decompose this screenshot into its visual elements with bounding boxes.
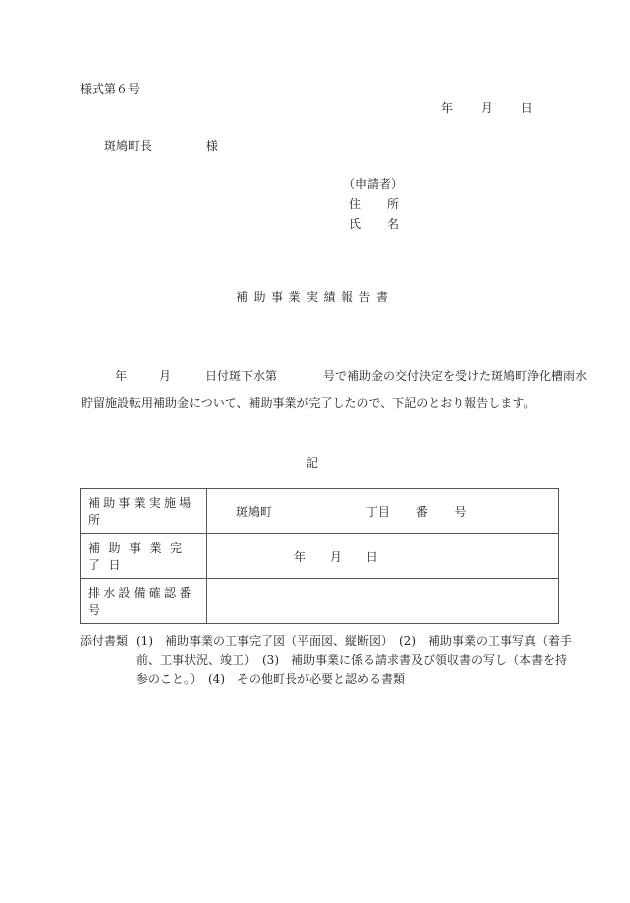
attachments-list: (1) 補助事業の工事完了図（平面図、縦断図） (2) 補助事業の工事写真（着手… — [136, 632, 576, 689]
details-table: 補助事業実施場所 斑鳩町 丁目 番 号 補助事業完了日 年 月 日 排水設備確認… — [80, 488, 559, 624]
addressee-honorific: 様 — [206, 139, 218, 153]
form-number: 様式第６号 — [80, 80, 140, 97]
location-label: 補助事業実施場所 — [81, 489, 207, 534]
attachments-line: (1) 補助事業の工事完了図（平面図、縦断図） (2) 補助事業の工事写真（着手 — [136, 632, 576, 651]
date-day-label: 日 — [521, 101, 533, 115]
attachments-heading: 添付書類 — [80, 632, 128, 651]
applicant-heading: （申請者） — [343, 174, 403, 194]
document-title: 補助事業実績報告書 — [236, 288, 394, 305]
date-year-label: 年 — [441, 101, 453, 115]
location-value[interactable]: 斑鳩町 丁目 番 号 — [207, 489, 559, 534]
body-text: 年月日付斑下水第号で補助金の交付決定を受けた斑鳩町浄化槽雨水 貯留施設転用補助金… — [81, 363, 551, 417]
drainage-confirmation-value[interactable] — [207, 579, 559, 624]
addressee: 斑鳩町長 様 — [104, 137, 218, 154]
attachments-line: 参のこと。） (4) その他町長が必要と認める書類 — [136, 670, 576, 689]
completion-date-label: 補助事業完了日 — [81, 534, 207, 579]
body-line-2: 貯留施設転用補助金について、補助事業が完了したので、下記のとおり報告します。 — [81, 390, 551, 417]
applicant-name-label: 氏名 — [349, 214, 403, 234]
body-line-1: 年月日付斑下水第号で補助金の交付決定を受けた斑鳩町浄化槽雨水 — [81, 363, 551, 390]
attachments-line: 前、工事状況、竣工） (3) 補助事業に係る請求書及び領収書の写し（本書を持 — [136, 651, 576, 670]
ki-heading: 記 — [306, 454, 318, 471]
applicant-address-label: 住所 — [349, 194, 403, 214]
addressee-name: 斑鳩町長 — [104, 139, 152, 153]
table-row: 排水設備確認番号 — [81, 579, 559, 624]
date-month-label: 月 — [481, 101, 493, 115]
completion-date-value[interactable]: 年 月 日 — [207, 534, 559, 579]
drainage-confirmation-label: 排水設備確認番号 — [81, 579, 207, 624]
applicant-block: （申請者） 住所 氏名 — [349, 174, 403, 234]
date-header: 年 月 日 — [441, 99, 533, 116]
table-row: 補助事業実施場所 斑鳩町 丁目 番 号 — [81, 489, 559, 534]
table-row: 補助事業完了日 年 月 日 — [81, 534, 559, 579]
